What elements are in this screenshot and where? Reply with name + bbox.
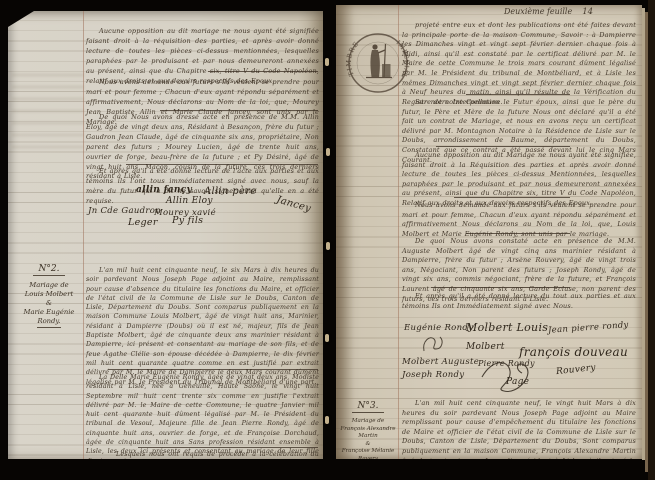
margin-note-line: Ravery [358, 456, 378, 459]
signature-joseph-rondy: Joseph Rondy [402, 370, 464, 380]
act3-paragraph-comparution: L'an mil huit cent cinquante neuf, le vi… [402, 399, 636, 459]
paragraph-end-rule [208, 71, 318, 72]
signature-py-fils: Py fils [172, 215, 203, 226]
paragraph-end-rule [160, 110, 318, 111]
paragraph-end-rule [454, 197, 570, 198]
signature-molbert: Molbert [466, 342, 505, 352]
act-number: N°2. [33, 264, 66, 276]
paragraph-end-rule [108, 369, 318, 370]
signature-molbert-louis: Molbert Louis [466, 321, 548, 334]
margin-note-line: & [14, 299, 84, 308]
signature-paraph-flourish [474, 357, 544, 395]
margin-note-line: Mariage de [14, 281, 84, 290]
paragraph-end-rule [466, 94, 570, 95]
binding-stitch [325, 334, 329, 342]
margin-note-line: François Alexandre Martin [338, 426, 398, 441]
signature-paraph-initials [420, 333, 446, 355]
folio-number: 14 [582, 7, 593, 17]
book-cover-edge [648, 0, 655, 480]
register-page-right: Deuxième feuille14 TIMBRE IMPÉRIAL proje… [336, 5, 642, 459]
sheet-header: Deuxième feuille14 [504, 7, 593, 17]
sheet-label: Deuxième feuille [504, 7, 572, 16]
signature-allin-eloy: Allin Eloy [166, 196, 213, 206]
act2-paragraph-lecture: Et après qu'il a été donné lecture du to… [402, 292, 636, 311]
margin-note-line: Louis Molbert [14, 290, 84, 299]
signature-gaudron: Jn Cde Gaudron [88, 206, 161, 216]
signature-allin-fancy: allin fançy [136, 185, 192, 195]
signature-jean-pierre-rondy: Jean pierre rondy [548, 320, 629, 336]
margin-note-line: Marie Eugénie [14, 308, 84, 317]
binding-stitch [325, 416, 329, 424]
paragraph-end-rule [126, 164, 318, 165]
margin-note-line: Mariage de [338, 418, 398, 426]
register-page-left: Aucune opposition au dit mariage ne nous… [8, 11, 323, 459]
act2-paragraph-requisition: Lesquels nous ont requis de procéder à l… [86, 450, 319, 459]
paragraph-end-rule [431, 287, 570, 288]
paragraph-end-rule [466, 233, 570, 234]
act2-paragraph-opposition: Aucune opposition au dit Mariage ne nous… [402, 151, 636, 209]
binding-stitch [326, 148, 330, 156]
binding-stitch [326, 242, 330, 250]
paragraph-end-rule [138, 447, 318, 448]
timbre-imperial-stamp: TIMBRE IMPÉRIAL [346, 31, 410, 95]
scanned-register-photo: { "stamp": { "arc_left": "TIMBRE", "arc_… [0, 0, 655, 480]
margin-note-line: Rondy. [37, 317, 60, 328]
signature-molbert-auguste: Molbert Auguste [402, 357, 479, 367]
signature-eugenie-rondy: Eugénie Rondy [404, 323, 473, 333]
binding-stitch [325, 58, 329, 66]
margin-note-act3: N°3. Mariage de François Alexandre Marti… [338, 393, 398, 459]
ink-bleedthrough [12, 69, 84, 155]
signature-leger: Leger [128, 217, 158, 228]
act-number: N°3. [352, 401, 385, 413]
paragraph-end-rule [436, 146, 570, 147]
margin-note-line: Françoise Mélanie [338, 448, 398, 456]
signature-rouvery: Rouvery [556, 363, 597, 377]
margin-note-act2: N°2. Mariage de Louis Molbert & Marie Eu… [14, 256, 84, 328]
